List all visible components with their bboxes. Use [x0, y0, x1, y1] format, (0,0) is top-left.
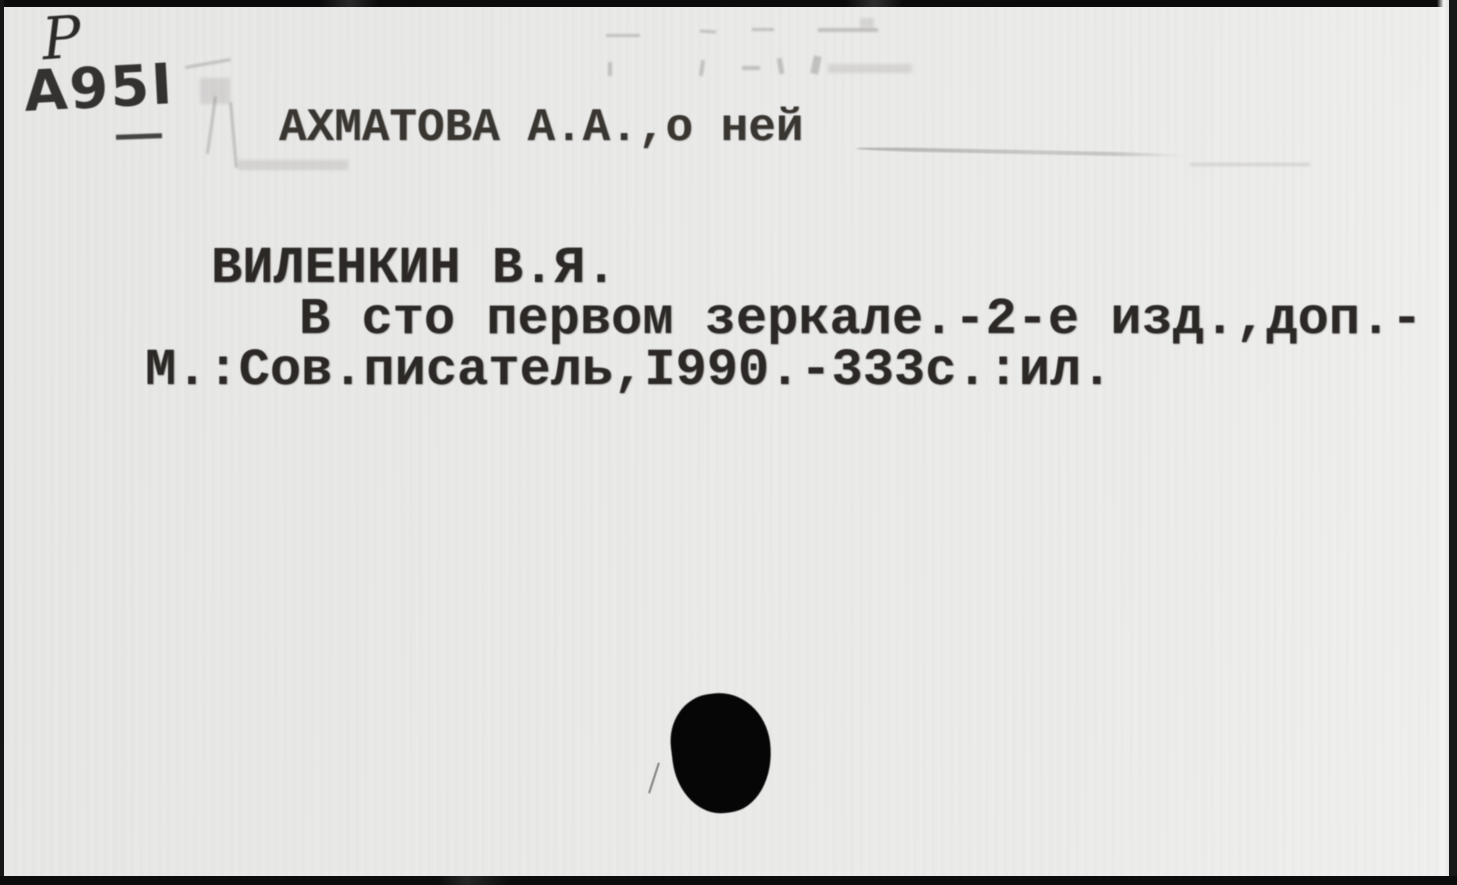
- smudge-mark: [777, 58, 785, 75]
- scan-edge-right: [1449, 0, 1457, 885]
- smudge-mark: [185, 58, 231, 69]
- smudge-mark: [648, 762, 660, 793]
- smudge-mark: [608, 62, 612, 76]
- smudge-mark: [238, 160, 348, 170]
- call-number-cutter: А95І: [22, 52, 175, 125]
- smudge-mark: [700, 29, 716, 33]
- smudge-mark: [860, 18, 874, 28]
- smudge-mark: [810, 55, 822, 74]
- faded-trailing-line: [856, 147, 1186, 158]
- card-right-edge-highlight: [1437, 0, 1449, 885]
- card-imprint: М.:Сов.писатель,I990.-333с.:ил.: [145, 341, 1112, 400]
- smudge-mark: [752, 28, 774, 31]
- scan-edge-top: [0, 0, 1457, 7]
- faded-trailing-line: [1190, 163, 1310, 166]
- call-number-underline: [116, 133, 162, 140]
- catalog-card-scan: Р А95І АХМАТОВА А.А.,о ней ВИЛЕНКИН В.Я.…: [0, 0, 1457, 885]
- smudge-mark: [828, 64, 912, 73]
- smudge-mark: [229, 102, 238, 168]
- smudge-mark: [818, 28, 878, 32]
- smudge-mark: [742, 66, 760, 70]
- smudge-mark: [206, 96, 217, 154]
- hole-punch-mark: [665, 687, 778, 818]
- smudge-mark: [699, 60, 705, 76]
- card-heading: АХМАТОВА А.А.,о ней: [279, 102, 804, 154]
- smudge-mark: [606, 34, 640, 37]
- scan-edge-left: [0, 0, 4, 885]
- scan-edge-bottom: [0, 876, 1457, 885]
